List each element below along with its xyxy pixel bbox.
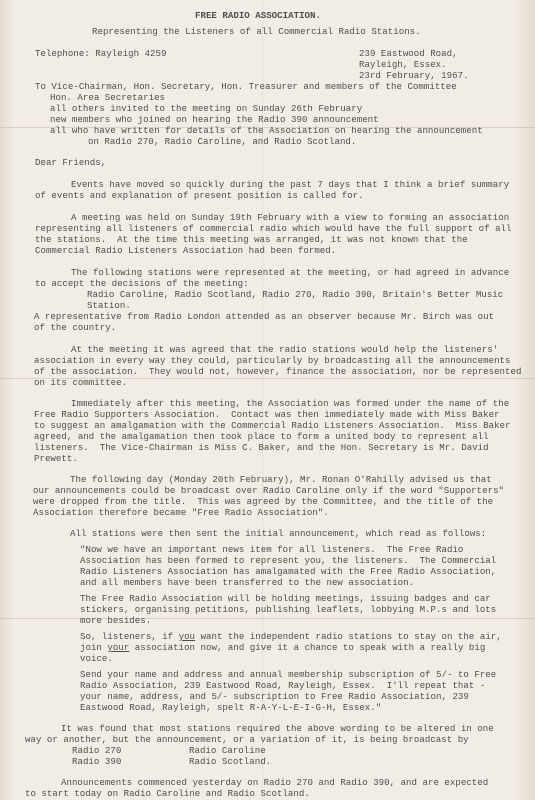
- paragraph-line: Prewett.: [34, 454, 78, 465]
- recipient-line: on Radio 270, Radio Caroline, and Radio …: [88, 137, 356, 148]
- paragraph-line: on its committee.: [34, 378, 127, 389]
- paragraph-line: Commercial Radio Listeners Association h…: [35, 246, 336, 257]
- letter-page: FREE RADIO ASSOCIATION. Representing the…: [0, 0, 535, 800]
- paragraph-line: of events and explanation of present pos…: [35, 191, 364, 202]
- underlined-word: you: [179, 631, 195, 642]
- station-name: Radio Scotland.: [189, 757, 271, 768]
- station-name: Radio 390: [72, 757, 121, 768]
- paragraph-line: to start today on Radio Caroline and Rad…: [25, 789, 310, 800]
- paragraph-line: of the country.: [34, 323, 116, 334]
- salutation: Dear Friends,: [35, 158, 106, 169]
- announcement-line: voice.: [80, 654, 113, 665]
- underlined-word: your: [107, 642, 129, 653]
- announcement-line: and all members have been transferred to…: [80, 578, 414, 589]
- letterhead-title: FREE RADIO ASSOCIATION.: [195, 11, 321, 22]
- paragraph-line: Radio Caroline, Radio Scotland, Radio 27…: [87, 290, 503, 301]
- paragraph-line: Association therefore became "Free Radio…: [33, 508, 329, 519]
- announcement-line: join your association now, and give it a…: [80, 643, 485, 654]
- announcement-line: more besides.: [80, 616, 151, 627]
- letterhead-subtitle: Representing the Listeners of all Commer…: [92, 27, 421, 38]
- telephone: Telephone: Rayleigh 4259: [35, 49, 166, 60]
- paragraph-line: All stations were then sent the initial …: [70, 529, 486, 540]
- announcement-line: Eastwood Road, Rayleigh, spelt R-A-Y-L-E…: [80, 703, 381, 714]
- paragraph-line: listeners. The Vice-Chairman is Miss C. …: [34, 443, 489, 454]
